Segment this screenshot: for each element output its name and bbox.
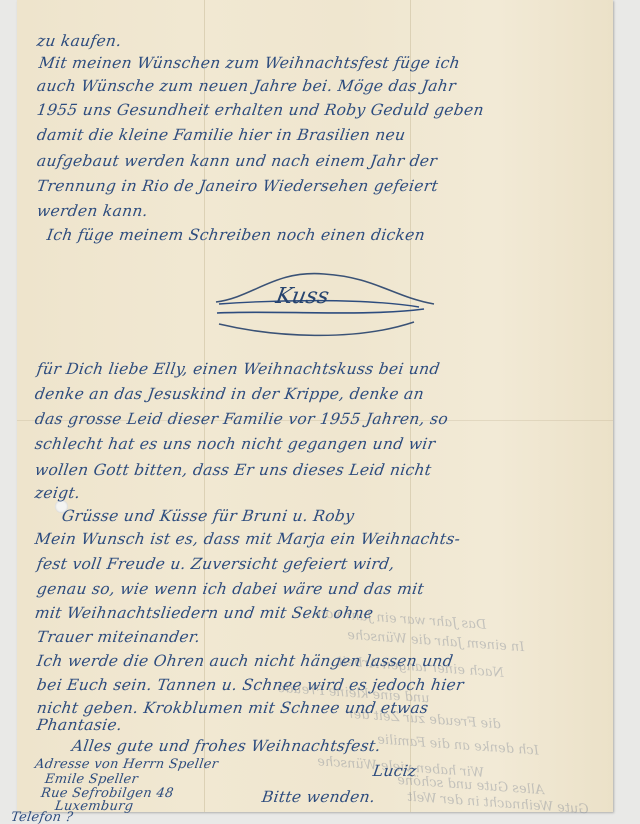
address-line: Telefon ? — [10, 810, 74, 824]
letter-line: auch Wünsche zum neuen Jahre bei. Möge d… — [36, 77, 457, 95]
letter-line: Trauer miteinander. — [36, 628, 202, 646]
letter-line: Trennung in Rio de Janeiro Wiedersehen g… — [36, 177, 440, 195]
letter-line: bei Euch sein. Tannen u. Schnee wird es … — [36, 676, 465, 694]
letter-line: wollen Gott bitten, dass Er uns dieses L… — [34, 461, 433, 479]
letter-line: Ich werde die Ohren auch nicht hängen la… — [36, 652, 455, 670]
letter-line: Alles gute und frohes Weihnachtsfest. — [71, 737, 382, 755]
letter-line: zu kaufen. — [36, 32, 123, 50]
letter-line: für Dich liebe Elly, einen Weihnachtskus… — [36, 360, 441, 378]
letter-line: werden kann. — [36, 202, 150, 220]
letter-line: 1955 uns Gesundheit erhalten und Roby Ge… — [36, 101, 485, 119]
letter-line: fest voll Freude u. Zuversicht gefeiert … — [36, 555, 396, 573]
kiss-drawing: Kuss — [214, 262, 436, 342]
letter-line: Mein Wunsch ist es, dass mit Marja ein W… — [34, 530, 462, 548]
kiss-label: Kuss — [274, 284, 331, 309]
bleed-through-line: Ich denke an die Familie — [377, 732, 540, 758]
letter-line: Mit meinen Wünschen zum Weihnachtsfest f… — [38, 54, 461, 72]
letter-line: nicht geben. Krokblumen mit Schnee und e… — [36, 699, 430, 717]
letter-line: genau so, wie wenn ich dabei wäre und da… — [36, 580, 426, 598]
letter-page: Das Jahr war ein Jahr von In einem Jahr … — [17, 0, 613, 812]
letter-line: mit Weihnachtsliedern und mit Sekt ohne — [34, 604, 375, 622]
letter-line: schlecht hat es uns noch nicht gegangen … — [34, 435, 437, 453]
letter-line: aufgebaut werden kann und nach einem Jah… — [36, 152, 439, 170]
letter-line: zeigt. — [34, 484, 82, 502]
letter-line: Grüsse und Küsse für Bruni u. Roby — [61, 507, 356, 525]
letter-line: Ich füge meinem Schreiben noch einen dic… — [46, 226, 427, 244]
letter-line: damit die kleine Familie hier in Brasili… — [36, 126, 407, 144]
letter-line: das grosse Leid dieser Familie vor 1955 … — [34, 410, 450, 428]
closing-note: Bitte wenden. — [261, 788, 377, 806]
signature: Luciz — [372, 762, 418, 780]
address-line: Emile Speller — [44, 772, 139, 787]
letter-line: denke an das Jesuskind in der Krippe, de… — [34, 385, 425, 403]
address-line: Adresse von Herrn Speller — [34, 757, 219, 772]
letter-line: Phantasie. — [36, 716, 124, 734]
